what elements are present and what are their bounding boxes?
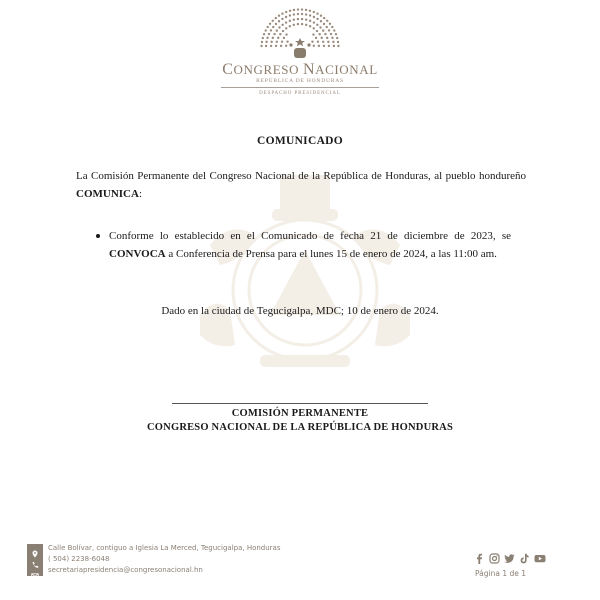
location-pin-icon bbox=[31, 545, 39, 553]
bullet-text-before: Conforme lo establecido en el Comunicado… bbox=[109, 230, 511, 242]
announcement-list: Conforme lo establecido en el Comunicado… bbox=[96, 227, 511, 263]
tiktok-icon[interactable] bbox=[519, 551, 530, 562]
intro-end: : bbox=[139, 188, 142, 200]
signature-line bbox=[172, 403, 428, 404]
signature-institution: CONGRESO NACIONAL DE LA REPÚBLICA DE HON… bbox=[0, 422, 600, 433]
twitter-icon[interactable] bbox=[504, 551, 515, 562]
social-links bbox=[474, 551, 545, 562]
document-title: COMUNICADO bbox=[0, 135, 600, 147]
letterhead-divider bbox=[221, 87, 379, 88]
email-icon bbox=[31, 567, 39, 575]
bullet-icon bbox=[96, 234, 100, 238]
youtube-icon[interactable] bbox=[534, 551, 545, 562]
intro-paragraph: La Comisión Permanente del Congreso Naci… bbox=[76, 167, 526, 203]
page-number: Página 1 de 1 bbox=[475, 569, 526, 578]
letterhead-office: DESPACHO PRESIDENCIAL bbox=[0, 91, 600, 96]
instagram-icon[interactable] bbox=[489, 551, 500, 562]
footer-contact-icons bbox=[27, 544, 43, 576]
intro-text: La Comisión Permanente del Congreso Naci… bbox=[76, 170, 526, 182]
list-item: Conforme lo establecido en el Comunicado… bbox=[96, 227, 511, 263]
congress-hemicycle-logo bbox=[245, 8, 355, 60]
footer-phone: ( 504) 2238-6048 bbox=[48, 554, 281, 565]
letterhead-title: CONGRESO NACIONAL bbox=[0, 61, 600, 79]
facebook-icon[interactable] bbox=[474, 551, 485, 562]
letterhead-subtitle: REPÚBLICA DE HONDURAS bbox=[0, 78, 600, 84]
signature-body: COMISIÓN PERMANENTE bbox=[0, 408, 600, 419]
footer-email[interactable]: secretariapresidencia@congresonacional.h… bbox=[48, 565, 281, 576]
intro-bold: COMUNICA bbox=[76, 188, 139, 200]
footer-contact: Calle Bolívar, contiguo a Iglesia La Mer… bbox=[48, 543, 281, 576]
given-at-line: Dado en la ciudad de Tegucigalpa, MDC; 1… bbox=[0, 305, 600, 317]
bullet-bold: CONVOCA bbox=[109, 248, 166, 260]
phone-icon bbox=[31, 556, 39, 564]
footer-address: Calle Bolívar, contiguo a Iglesia La Mer… bbox=[48, 543, 281, 554]
bullet-text-after: a Conferencia de Prensa para el lunes 15… bbox=[166, 248, 497, 260]
letterhead: CONGRESO NACIONAL REPÚBLICA DE HONDURAS … bbox=[0, 8, 600, 96]
